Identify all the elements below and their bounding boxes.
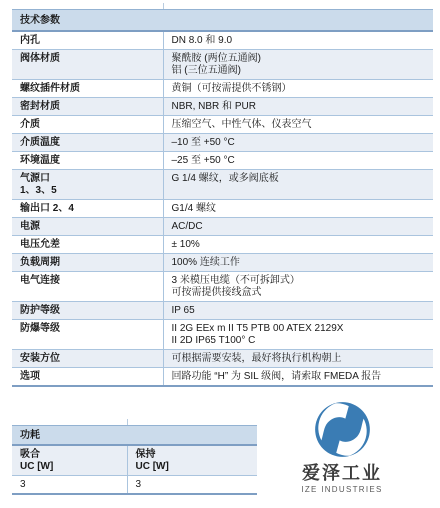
spec-row-value: G 1/4 螺纹，或多阀底板: [163, 170, 433, 200]
spec-table: 技术参数 内孔 DN 8.0 和 9.0 阀体材质 聚酰胺 (两位五通阀) 铝 …: [12, 9, 433, 387]
spec-table-row: 环境温度 –25 至 +50 °C: [12, 152, 433, 170]
spec-table-row: 密封材质 NBR, NBR 和 PUR: [12, 98, 433, 116]
spec-row-value: 3 米模压电缆（不可拆卸式） 可按需提供接线盒式: [163, 272, 433, 302]
spec-row-value: AC/DC: [163, 218, 433, 236]
spec-row-label: 安装方位: [12, 350, 163, 368]
spec-row-value: II 2G EEx m II T5 PTB 00 ATEX 2129X II 2…: [163, 320, 433, 350]
spec-table-row: 防护等级 IP 65: [12, 302, 433, 320]
logo-company-name: 爱泽工业: [292, 464, 392, 482]
power-value-pickup: 3: [12, 476, 127, 495]
power-table-title: 功耗: [12, 426, 257, 446]
spec-row-value: ± 10%: [163, 236, 433, 254]
spec-table-row: 防爆等级 II 2G EEx m II T5 PTB 00 ATEX 2129X…: [12, 320, 433, 350]
spec-row-value: 黄铜（可按需提供不锈钢）: [163, 80, 433, 98]
spec-row-label: 密封材质: [12, 98, 163, 116]
power-table-header-row: 吸合 UC [W] 保持 UC [W]: [12, 445, 257, 476]
spec-row-label: 气源口 1、3、5: [12, 170, 163, 200]
spec-row-value: IP 65: [163, 302, 433, 320]
power-col-header-pickup: 吸合 UC [W]: [12, 445, 127, 476]
spec-row-value: DN 8.0 和 9.0: [163, 31, 433, 50]
power-col-header-hold: 保持 UC [W]: [127, 445, 257, 476]
spec-table-row: 安装方位 可根据需要安装，最好将执行机构朝上: [12, 350, 433, 368]
spec-table-row: 介质温度 –10 至 +50 °C: [12, 134, 433, 152]
spec-table-row: 螺纹插件材质 黄铜（可按需提供不锈钢）: [12, 80, 433, 98]
spec-row-label: 负载周期: [12, 254, 163, 272]
spec-table-row: 输出口 2、4 G1/4 螺纹: [12, 200, 433, 218]
spec-table-row: 电压允差 ± 10%: [12, 236, 433, 254]
spec-row-label: 电源: [12, 218, 163, 236]
spec-table-row: 阀体材质 聚酰胺 (两位五通阀) 铝 (三位五通阀): [12, 50, 433, 80]
spec-row-value: 可根据需要安装，最好将执行机构朝上: [163, 350, 433, 368]
spec-row-value: –10 至 +50 °C: [163, 134, 433, 152]
company-logo: 爱泽工业 IZE INDUSTRIES: [292, 401, 392, 494]
spec-row-label: 电压允差: [12, 236, 163, 254]
spec-row-label: 阀体材质: [12, 50, 163, 80]
spec-row-label: 选项: [12, 368, 163, 387]
power-value-hold: 3: [127, 476, 257, 495]
spec-row-value: 100% 连续工作: [163, 254, 433, 272]
spec-row-label: 介质: [12, 116, 163, 134]
spec-row-label: 防爆等级: [12, 320, 163, 350]
spec-row-value: –25 至 +50 °C: [163, 152, 433, 170]
spec-row-value: 聚酰胺 (两位五通阀) 铝 (三位五通阀): [163, 50, 433, 80]
spec-row-label: 介质温度: [12, 134, 163, 152]
spec-table-row: 气源口 1、3、5 G 1/4 螺纹，或多阀底板: [12, 170, 433, 200]
spec-row-value: 压缩空气、中性气体、仪表空气: [163, 116, 433, 134]
spec-row-value: 回路功能 “H” 为 SIL 级阀，请索取 FMEDA 报告: [163, 368, 433, 387]
ize-logo-icon: [314, 401, 371, 458]
spec-table-row: 介质 压缩空气、中性气体、仪表空气: [12, 116, 433, 134]
spec-table-row: 电源 AC/DC: [12, 218, 433, 236]
power-table-value-row: 3 3: [12, 476, 257, 495]
logo-company-subtitle: IZE INDUSTRIES: [292, 485, 392, 494]
spec-row-label: 防护等级: [12, 302, 163, 320]
spec-table-row: 负载周期 100% 连续工作: [12, 254, 433, 272]
spec-row-label: 输出口 2、4: [12, 200, 163, 218]
spec-table-row: 电气连接 3 米模压电缆（不可拆卸式） 可按需提供接线盒式: [12, 272, 433, 302]
spec-table-title: 技术参数: [12, 10, 433, 32]
spec-row-label: 内孔: [12, 31, 163, 50]
spec-row-label: 电气连接: [12, 272, 163, 302]
spec-row-value: NBR, NBR 和 PUR: [163, 98, 433, 116]
spec-table-row: 内孔 DN 8.0 和 9.0: [12, 31, 433, 50]
spec-row-label: 螺纹插件材质: [12, 80, 163, 98]
power-table: 功耗 吸合 UC [W] 保持 UC [W] 3 3: [12, 425, 257, 495]
spec-row-value: G1/4 螺纹: [163, 200, 433, 218]
spec-row-label: 环境温度: [12, 152, 163, 170]
spec-table-row: 选项 回路功能 “H” 为 SIL 级阀，请索取 FMEDA 报告: [12, 368, 433, 387]
